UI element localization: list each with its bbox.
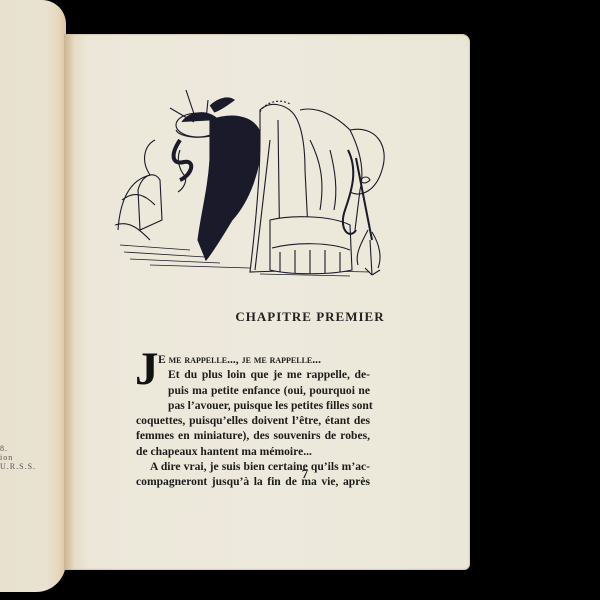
book-gutter (64, 34, 74, 570)
text-line: coquettes, puisqu’elles doivent l’être, … (136, 413, 370, 428)
text-line: pas l’avouer, puisque les petites filles… (136, 398, 370, 413)
left-page-fragment: 8. (0, 444, 8, 453)
left-page-fragment: ion (0, 453, 13, 462)
text-line: femmes en miniature), des souvenirs de r… (136, 428, 370, 443)
text-line: puis ma petite enfance (oui, pourquoi ne (136, 383, 370, 398)
text-line: de chapeaux hantent ma mémoire... (136, 444, 370, 459)
page-number: 7 (0, 466, 600, 482)
left-page: 8. ion U.R.S.S. (0, 0, 66, 592)
text-line: E me rappelle..., je me rappelle... (136, 352, 370, 367)
fashion-illustration (110, 80, 410, 285)
text-line: Et du plus loin que je me rappelle, de- (136, 367, 370, 382)
chapter-title: CHAPITRE PREMIER (0, 309, 600, 325)
